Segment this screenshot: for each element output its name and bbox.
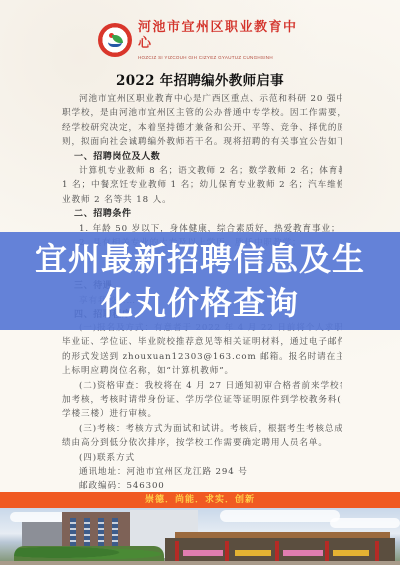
intro-line: 职学校，是由河池市宜州区主管的公办普通中专学校。因工作需要， bbox=[62, 106, 342, 120]
school-name: 河池市宜州区职业教育中心 bbox=[138, 20, 298, 52]
section-line: 上标明应聘岗位名称，如“计算机教师”。 bbox=[62, 364, 342, 378]
headline-banner: 宜州最新招聘信息及生 化丸价格查询 bbox=[0, 232, 400, 330]
section-line: 毕业证、学位证、毕业院校推荐意见等相关证明材料，通过电子邮件 bbox=[62, 335, 342, 349]
section-heading: 二、招聘条件 bbox=[62, 207, 342, 221]
section-line: 绩由高分到低分依次排序，按学校工作需要确定聘用人员名单。 bbox=[62, 436, 342, 450]
section-line: (二)资格审查：我校将在 4 月 27 日通知初审合格者前来学校参 bbox=[62, 379, 342, 393]
school-name-pinyin: HOZCIZ SI YIZCOUH GIH CIZYEZ GYAUTUZ CUN… bbox=[138, 55, 298, 60]
intro-line: 经学校研究决定，本着坚持德才兼备和公开、平等、竞争、择优的原 bbox=[62, 121, 342, 135]
section-line: 业教师 2 名等共 18 人。 bbox=[62, 193, 342, 207]
section-line: (三)考核：考核方式为面试和试讲。考核后，根据考生考核总成 bbox=[62, 422, 342, 436]
section-heading: 一、招聘岗位及人数 bbox=[62, 150, 342, 164]
contact-address: 通讯地址：河池市宜州区龙江路 294 号 bbox=[62, 465, 342, 479]
section-line: 计算机专业教师 8 名；语文教师 2 名；数学教师 2 名；体育教师 bbox=[62, 164, 342, 178]
intro-line: 河池市宜州区职业教育中心是广西区重点、示范和科研 20 强中 bbox=[62, 92, 342, 106]
document-page: 河池市宜州区职业教育中心 HOZCIZ SI YIZCOUH GIH CIZYE… bbox=[0, 0, 400, 565]
headline-line-2: 化丸价格查询 bbox=[101, 281, 299, 325]
headline-line-1: 宜州最新招聘信息及生 bbox=[35, 237, 365, 281]
campus-photo bbox=[0, 508, 400, 565]
section-line: 的形式发送到 zhouxuan12303@163.com 邮箱。报名时请在主题栏… bbox=[62, 350, 342, 364]
section-line: 1 名；中餐烹饪专业教师 1 名；幼儿保育专业教师 2 名；汽车维修专 bbox=[62, 178, 342, 192]
school-motto: 崇德．尚能．求实．创新 bbox=[0, 492, 400, 508]
document-title: 2022 年招聘编外教师启事 bbox=[0, 69, 400, 89]
section-line: 学楼三楼）进行审核。 bbox=[62, 407, 342, 421]
school-logo-icon bbox=[98, 23, 132, 57]
document-body-lower: (一)报名及方式：有意者于 2022 年 4 月 22 日前将个人求职简历、 毕… bbox=[62, 321, 342, 508]
section-line: 加考核，考核时请带身份证、学历学位证等证明原件到学校教务科(教 bbox=[62, 393, 342, 407]
intro-line: 则，拟面向社会诚聘编外教师若干名。现将招聘的有关事宜公告如下： bbox=[62, 135, 342, 149]
contact-heading: (四)联系方式 bbox=[62, 451, 342, 465]
school-header: 河池市宜州区职业教育中心 HOZCIZ SI YIZCOUH GIH CIZYE… bbox=[98, 22, 298, 58]
